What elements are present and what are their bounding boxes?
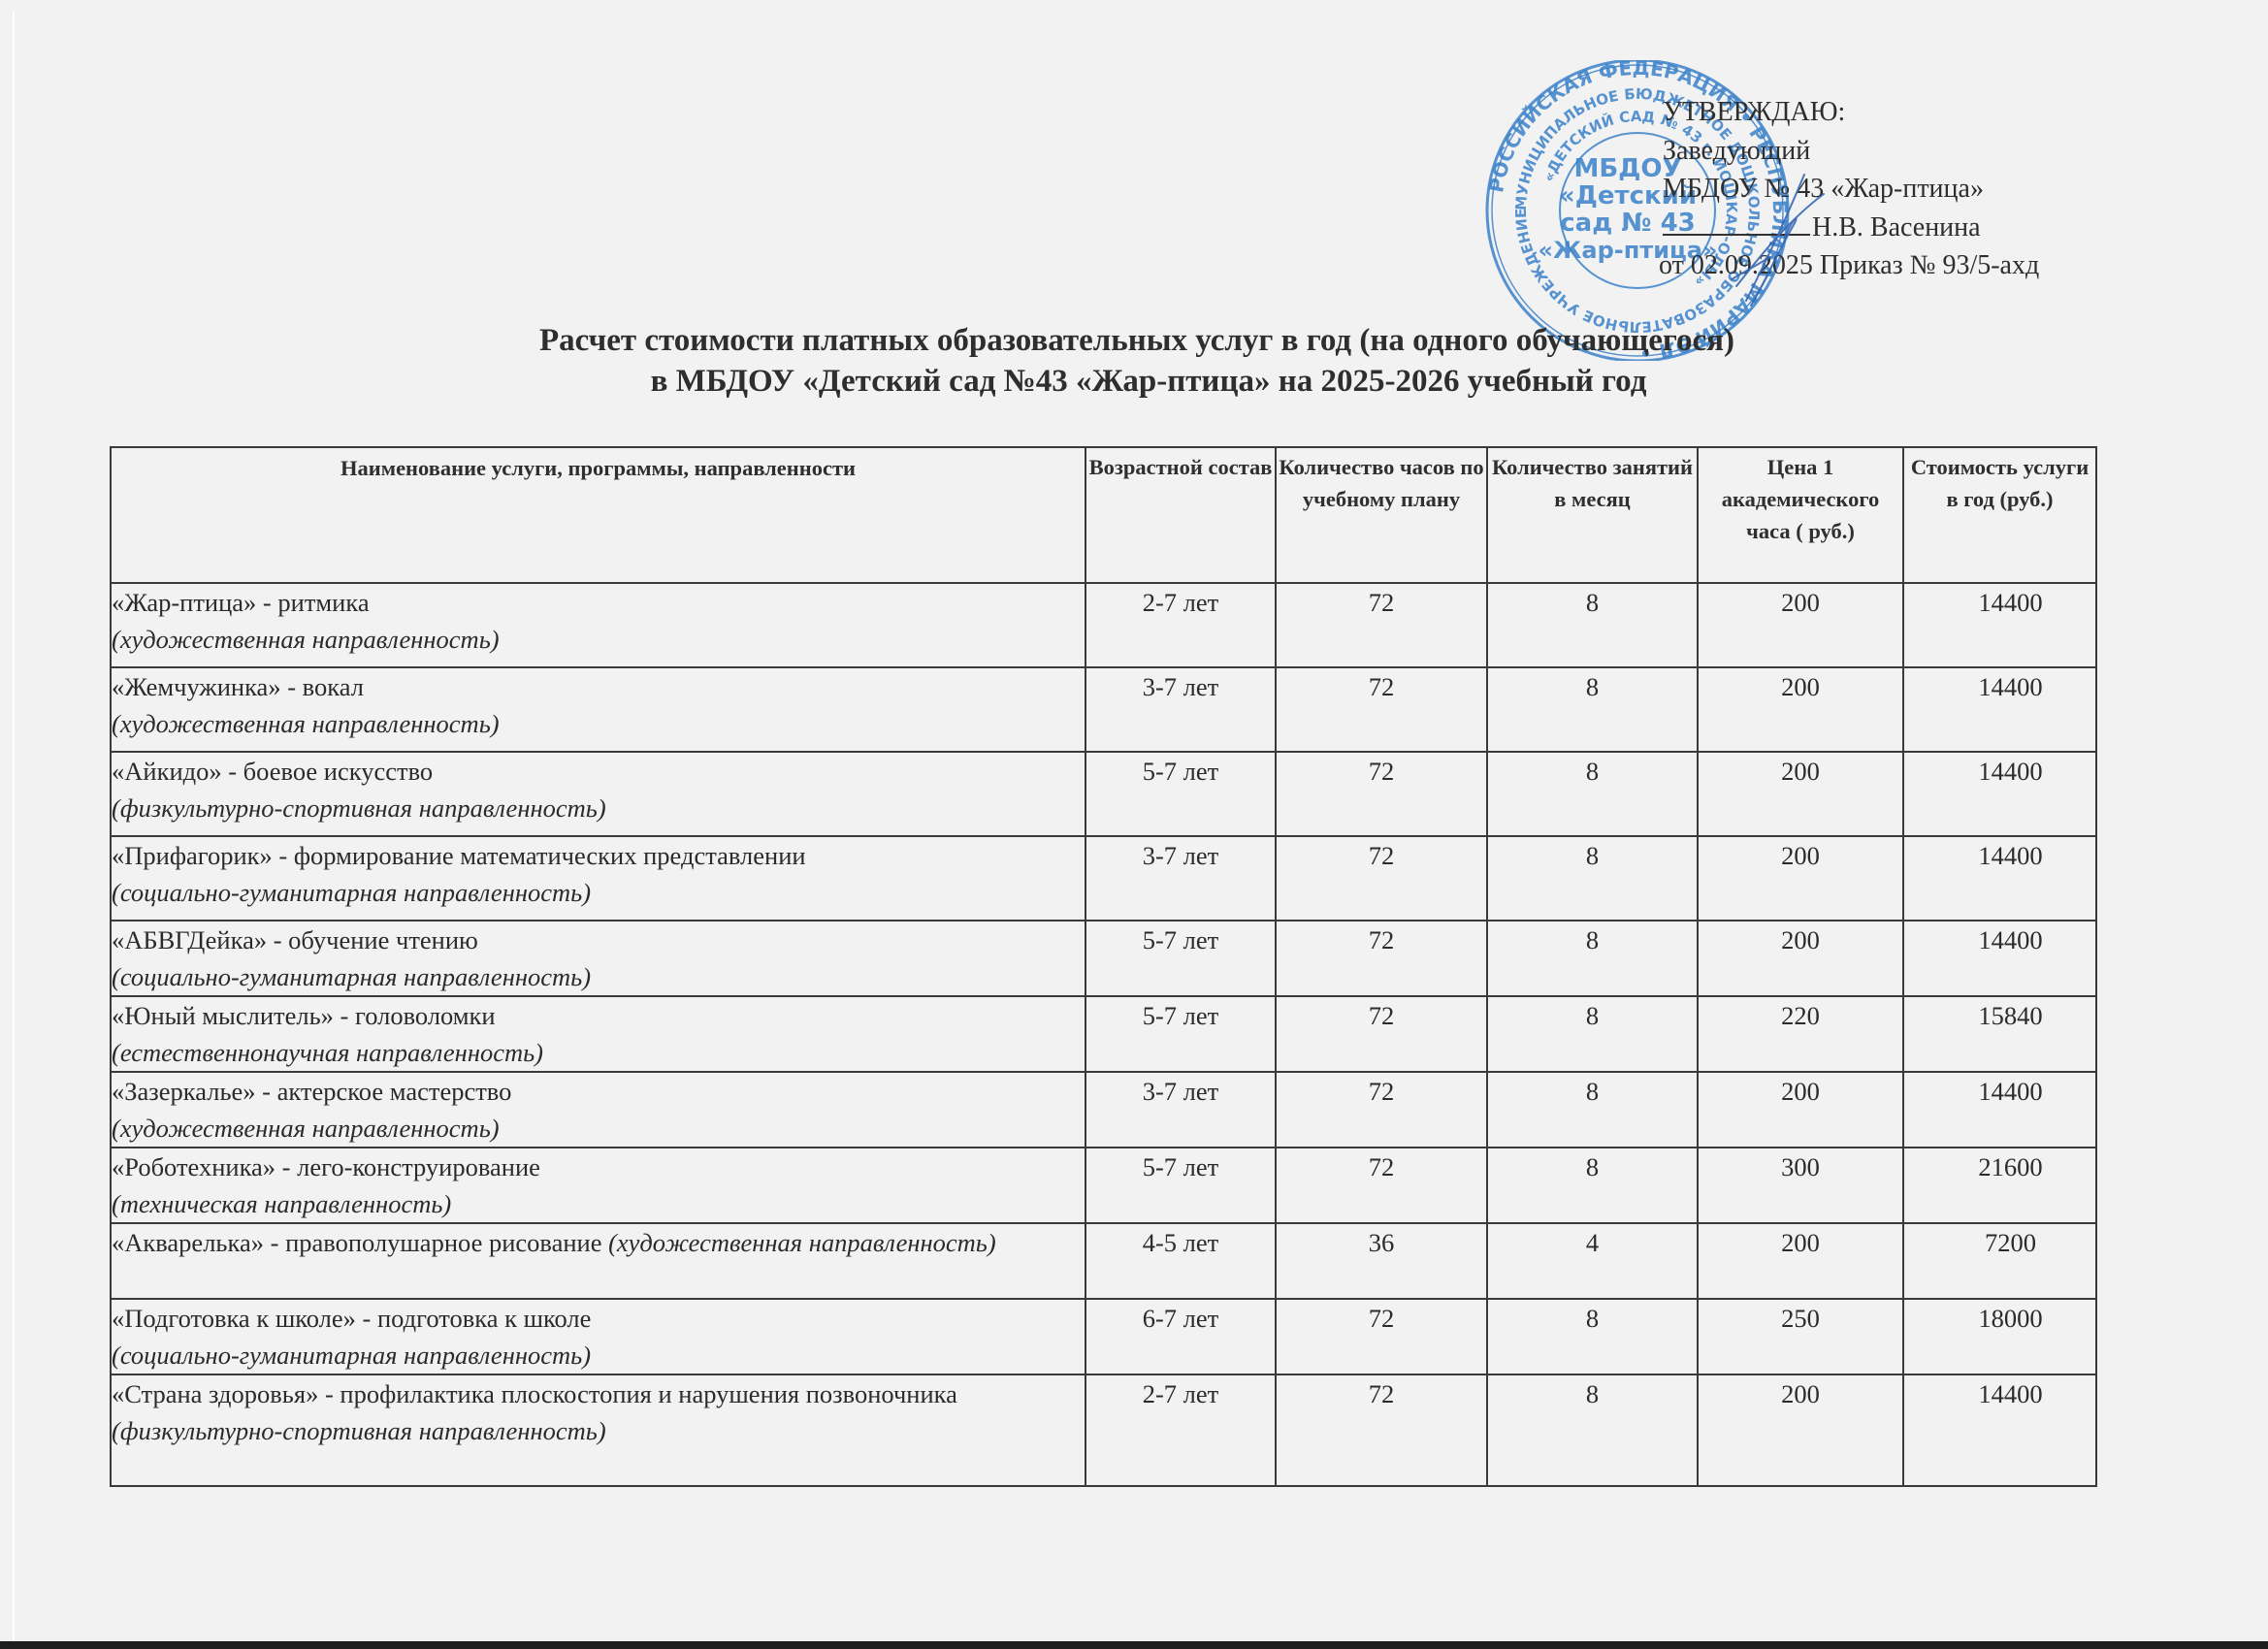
service-name-cell: «Роботехника» - лего-конструирование(тех… xyxy=(111,1148,1085,1223)
service-name-cell: «Акварелька» - правополушарное рисование… xyxy=(111,1223,1085,1299)
price-cell: 200 xyxy=(1698,1223,1903,1299)
table-row: «Юный мыслитель» - головоломки(естествен… xyxy=(111,996,2096,1072)
service-name: «АБВГДейка» - обучение чтению xyxy=(112,921,1085,958)
approval-signatory: Н.В. Васенина xyxy=(1812,212,1981,242)
hours-cell: 72 xyxy=(1276,836,1487,921)
lessons-cell: 8 xyxy=(1487,1299,1698,1374)
lessons-cell: 8 xyxy=(1487,996,1698,1072)
service-name: «Айкидо» - боевое искусство xyxy=(112,753,1085,790)
cost-cell: 21600 xyxy=(1903,1148,2096,1223)
hours-cell: 72 xyxy=(1276,752,1487,836)
table-row: «Роботехника» - лего-конструирование(тех… xyxy=(111,1148,2096,1223)
price-cell: 220 xyxy=(1698,996,1903,1072)
service-direction: (художественная направленность) xyxy=(112,705,1085,742)
lessons-cell: 4 xyxy=(1487,1223,1698,1299)
service-name: «Подготовка к школе» - подготовка к школ… xyxy=(112,1300,1085,1337)
header-service-name: Наименование услуги, программы, направле… xyxy=(111,447,1085,583)
cost-cell: 15840 xyxy=(1903,996,2096,1072)
service-direction: (физкультурно-спортивная направленность) xyxy=(112,790,1085,826)
service-name: «Роботехника» - лего-конструирование xyxy=(112,1148,1085,1185)
price-cell: 200 xyxy=(1698,667,1903,752)
service-name-cell: «Жар-птица» - ритмика(художественная нап… xyxy=(111,583,1085,667)
header-cost: Стоимость услуги в год (руб.) xyxy=(1903,447,2096,583)
service-name-cell: «Айкидо» - боевое искусство(физкультурно… xyxy=(111,752,1085,836)
table-row: «Жар-птица» - ритмика(художественная нап… xyxy=(111,583,2096,667)
price-cell: 200 xyxy=(1698,921,1903,996)
price-cell: 200 xyxy=(1698,1072,1903,1148)
service-name-cell: «Подготовка к школе» - подготовка к школ… xyxy=(111,1299,1085,1374)
cost-cell: 14400 xyxy=(1903,1072,2096,1148)
service-name: «Страна здоровья» - профилактика плоскос… xyxy=(112,1375,1085,1412)
cost-cell: 7200 xyxy=(1903,1223,2096,1299)
price-cell: 200 xyxy=(1698,1374,1903,1486)
hours-cell: 72 xyxy=(1276,996,1487,1072)
hours-cell: 36 xyxy=(1276,1223,1487,1299)
service-direction: (художественная направленность) xyxy=(112,1110,1085,1147)
service-direction: (социально-гуманитарная направленность) xyxy=(112,1337,1085,1374)
age-cell: 3-7 лет xyxy=(1085,667,1276,752)
approval-signature-line: Н.В. Васенина xyxy=(1663,209,2039,247)
services-cost-table: Наименование услуги, программы, направле… xyxy=(110,446,2097,1487)
service-name: «Зазеркалье» - актерское мастерство xyxy=(112,1073,1085,1110)
service-direction: (социально-гуманитарная направленность) xyxy=(112,874,1085,911)
title-line-2: в МБДОУ «Детский сад №43 «Жар-птица» на … xyxy=(0,361,2268,402)
lessons-cell: 8 xyxy=(1487,1374,1698,1486)
approval-organization: МБДОУ № 43 «Жар-птица» xyxy=(1663,170,2039,209)
service-name: «Жар-птица» - ритмика xyxy=(112,584,1085,621)
price-cell: 200 xyxy=(1698,583,1903,667)
title-line-1: Расчет стоимости платных образовательных… xyxy=(0,320,2268,361)
hours-cell: 72 xyxy=(1276,1299,1487,1374)
table-row: «Жемчужинка» - вокал(художественная напр… xyxy=(111,667,2096,752)
service-direction: (социально-гуманитарная направленность) xyxy=(112,958,1085,995)
table-row: «АБВГДейка» - обучение чтению(социально-… xyxy=(111,921,2096,996)
price-cell: 250 xyxy=(1698,1299,1903,1374)
age-cell: 5-7 лет xyxy=(1085,1148,1276,1223)
table-header-row: Наименование услуги, программы, направле… xyxy=(111,447,2096,583)
header-hours: Количество часов по учебному плану xyxy=(1276,447,1487,583)
lessons-cell: 8 xyxy=(1487,1148,1698,1223)
service-name: «Юный мыслитель» - головоломки xyxy=(112,997,1085,1034)
table-row: «Прифагорик» - формирование математическ… xyxy=(111,836,2096,921)
table-row: «Подготовка к школе» - подготовка к школ… xyxy=(111,1299,2096,1374)
service-name-cell: «Юный мыслитель» - головоломки(естествен… xyxy=(111,996,1085,1072)
service-direction: (художественная направленность) xyxy=(112,621,1085,658)
age-cell: 6-7 лет xyxy=(1085,1299,1276,1374)
age-cell: 3-7 лет xyxy=(1085,836,1276,921)
approval-order: от 02.09.2025 Приказ № 93/5-ахд xyxy=(1659,246,2039,285)
table-row: «Зазеркалье» - актерское мастерство(худо… xyxy=(111,1072,2096,1148)
scan-bottom-edge xyxy=(0,1641,2268,1649)
header-age: Возрастной состав xyxy=(1085,447,1276,583)
cost-cell: 14400 xyxy=(1903,667,2096,752)
lessons-cell: 8 xyxy=(1487,667,1698,752)
lessons-cell: 8 xyxy=(1487,836,1698,921)
hours-cell: 72 xyxy=(1276,921,1487,996)
table-row: «Страна здоровья» - профилактика плоскос… xyxy=(111,1374,2096,1486)
approval-heading: УТВЕРЖДАЮ: xyxy=(1663,93,2039,132)
service-direction: (естественнонаучная направленность) xyxy=(112,1034,1085,1071)
hours-cell: 72 xyxy=(1276,1072,1487,1148)
service-name: «Прифагорик» - формирование математическ… xyxy=(112,837,1085,874)
price-cell: 300 xyxy=(1698,1148,1903,1223)
cost-cell: 14400 xyxy=(1903,836,2096,921)
age-cell: 5-7 лет xyxy=(1085,996,1276,1072)
price-cell: 200 xyxy=(1698,836,1903,921)
service-direction: (техническая направленность) xyxy=(112,1185,1085,1222)
price-cell: 200 xyxy=(1698,752,1903,836)
service-name-cell: «Страна здоровья» - профилактика плоскос… xyxy=(111,1374,1085,1486)
service-direction: (художественная направленность) xyxy=(608,1228,996,1257)
cost-cell: 14400 xyxy=(1903,583,2096,667)
lessons-cell: 8 xyxy=(1487,583,1698,667)
cost-cell: 14400 xyxy=(1903,921,2096,996)
age-cell: 5-7 лет xyxy=(1085,752,1276,836)
approval-position: Заведующий xyxy=(1663,132,2039,171)
lessons-cell: 8 xyxy=(1487,752,1698,836)
cost-cell: 18000 xyxy=(1903,1299,2096,1374)
hours-cell: 72 xyxy=(1276,667,1487,752)
hours-cell: 72 xyxy=(1276,583,1487,667)
header-lessons: Количество занятий в месяц xyxy=(1487,447,1698,583)
service-name-cell: «Зазеркалье» - актерское мастерство(худо… xyxy=(111,1072,1085,1148)
cost-cell: 14400 xyxy=(1903,752,2096,836)
service-name: «Акварелька» - правополушарное рисование xyxy=(112,1228,601,1257)
service-name-cell: «АБВГДейка» - обучение чтению(социально-… xyxy=(111,921,1085,996)
age-cell: 2-7 лет xyxy=(1085,583,1276,667)
age-cell: 2-7 лет xyxy=(1085,1374,1276,1486)
hours-cell: 72 xyxy=(1276,1148,1487,1223)
hours-cell: 72 xyxy=(1276,1374,1487,1486)
table-row: «Акварелька» - правополушарное рисование… xyxy=(111,1223,2096,1299)
signature-underline xyxy=(1663,209,1810,236)
table-row: «Айкидо» - боевое искусство(физкультурно… xyxy=(111,752,2096,836)
service-name-cell: «Жемчужинка» - вокал(художественная напр… xyxy=(111,667,1085,752)
service-direction: (физкультурно-спортивная направленность) xyxy=(112,1412,1085,1449)
cost-cell: 14400 xyxy=(1903,1374,2096,1486)
lessons-cell: 8 xyxy=(1487,1072,1698,1148)
page-edge xyxy=(13,12,15,1641)
age-cell: 5-7 лет xyxy=(1085,921,1276,996)
service-name-cell: «Прифагорик» - формирование математическ… xyxy=(111,836,1085,921)
lessons-cell: 8 xyxy=(1487,921,1698,996)
approval-block: УТВЕРЖДАЮ: Заведующий МБДОУ № 43 «Жар-пт… xyxy=(1663,93,2039,285)
header-price: Цена 1 академического часа ( руб.) xyxy=(1698,447,1903,583)
age-cell: 3-7 лет xyxy=(1085,1072,1276,1148)
age-cell: 4-5 лет xyxy=(1085,1223,1276,1299)
document-title: Расчет стоимости платных образовательных… xyxy=(0,320,2268,402)
service-name: «Жемчужинка» - вокал xyxy=(112,668,1085,705)
